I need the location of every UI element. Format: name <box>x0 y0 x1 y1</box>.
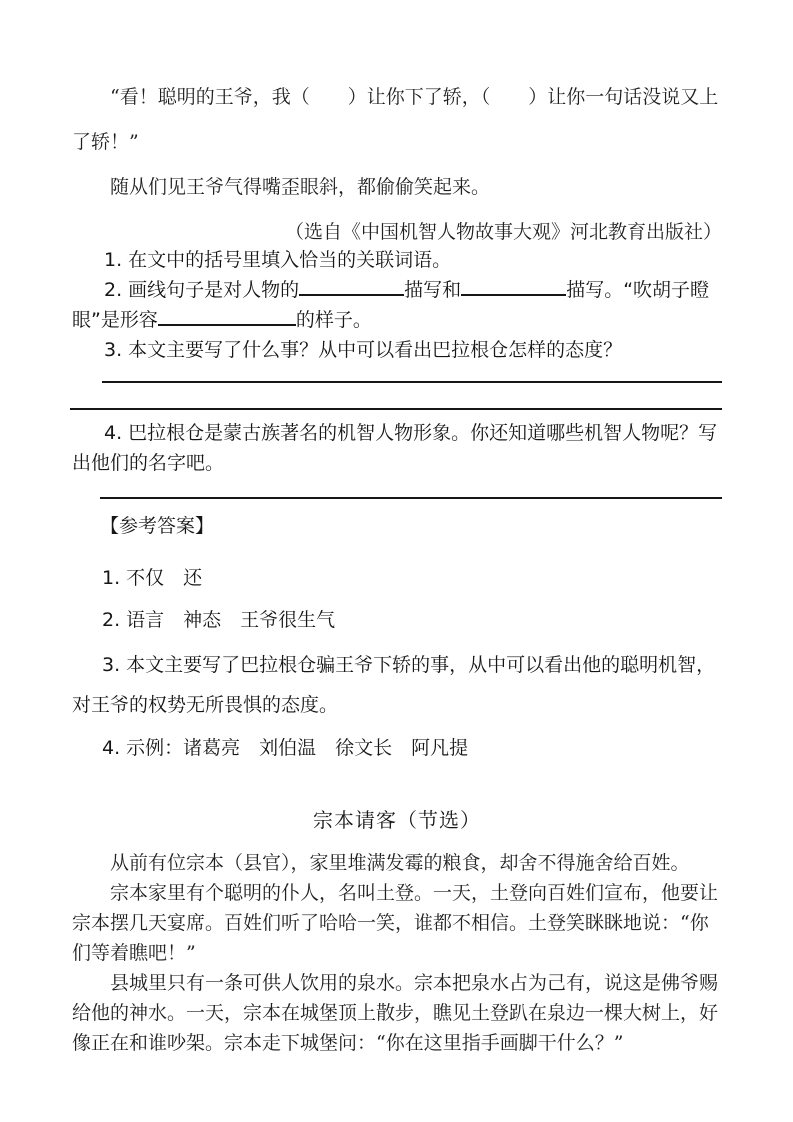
story-excerpt: “看！聪明的王爷，我（ ）让你下了轿，（ ）让你一句话没说又上了轿！” 随从们见… <box>72 0 722 255</box>
reference-answers-heading: 【参考答案】 <box>72 511 722 541</box>
passage-paragraph-1: 从前有位宗本（县官），家里堆满发霉的粮食，却舍不得施舍给百姓。 <box>72 848 722 878</box>
dialogue-quote-paragraph: “看！聪明的王爷，我（ ）让你下了轿，（ ）让你一句话没说又上了轿！” <box>72 75 722 165</box>
reference-answer-1: 1. 不仅 还 <box>72 563 722 593</box>
question-4-section: 4. 巴拉根仓是蒙古族著名的机智人物形象。你还知道哪些机智人物呢？写出他们的名字… <box>72 418 722 478</box>
passage-title: 宗本请客（节选） <box>72 805 722 835</box>
question-2: 2. 画线句子是对人物的描写和描写。“吹胡子瞪眼”是形容的样子。 <box>72 275 722 335</box>
reference-answer-2: 2. 语言 神态 王爷很生气 <box>72 605 722 635</box>
answer-line-1 <box>102 381 722 383</box>
question-3: 3. 本文主要写了什么事？从中可以看出巴拉根仓怎样的态度？ <box>72 335 722 365</box>
question-2-text-1: 2. 画线句子是对人物的 <box>104 279 299 301</box>
question-2-text-2: 描写和 <box>404 279 461 301</box>
answer-line-3 <box>100 497 722 499</box>
reference-answers-section: 【参考答案】 1. 不仅 还 2. 语言 神态 王爷很生气 3. 本文主要写了巴… <box>72 511 722 763</box>
passage-paragraph-3: 县城里只有一条可供人饮用的泉水。宗本把泉水占为己有，说这是佛爷赐给他的神水。一天… <box>72 968 722 1058</box>
document-page: “看！聪明的王爷，我（ ）让你下了轿，（ ）让你一句话没说又上了轿！” 随从们见… <box>0 0 793 1122</box>
question-2-text-4: 是形容 <box>101 309 158 331</box>
question-4: 4. 巴拉根仓是蒙古族著名的机智人物形象。你还知道哪些机智人物呢？写出他们的名字… <box>72 418 722 478</box>
passage-body: 从前有位宗本（县官），家里堆满发霉的粮食，却舍不得施舍给百姓。 宗本家里有个聪明… <box>72 848 722 1058</box>
narration-paragraph: 随从们见王爷气得嘴歪眼斜，都偷偷笑起来。 <box>72 165 722 210</box>
passage-paragraph-2: 宗本家里有个聪明的仆人，名叫土登。一天，土登向百姓们宣布，他要让宗本摆几天宴席。… <box>72 878 722 968</box>
fill-in-blank-3 <box>158 310 296 326</box>
fill-in-blank-1 <box>299 280 404 296</box>
questions-section: 1. 在文中的括号里填入恰当的关联词语。 2. 画线句子是对人物的描写和描写。“… <box>72 245 722 365</box>
answer-line-2 <box>70 408 722 410</box>
reference-answer-3: 3. 本文主要写了巴拉根仓骗王爷下轿的事，从中可以看出他的聪明机智，对王爷的权势… <box>72 645 722 725</box>
question-2-text-5: 的样子。 <box>296 309 372 331</box>
reference-answer-4: 4. 示例：诸葛亮 刘伯温 徐文长 阿凡提 <box>72 733 722 763</box>
fill-in-blank-2 <box>461 280 566 296</box>
